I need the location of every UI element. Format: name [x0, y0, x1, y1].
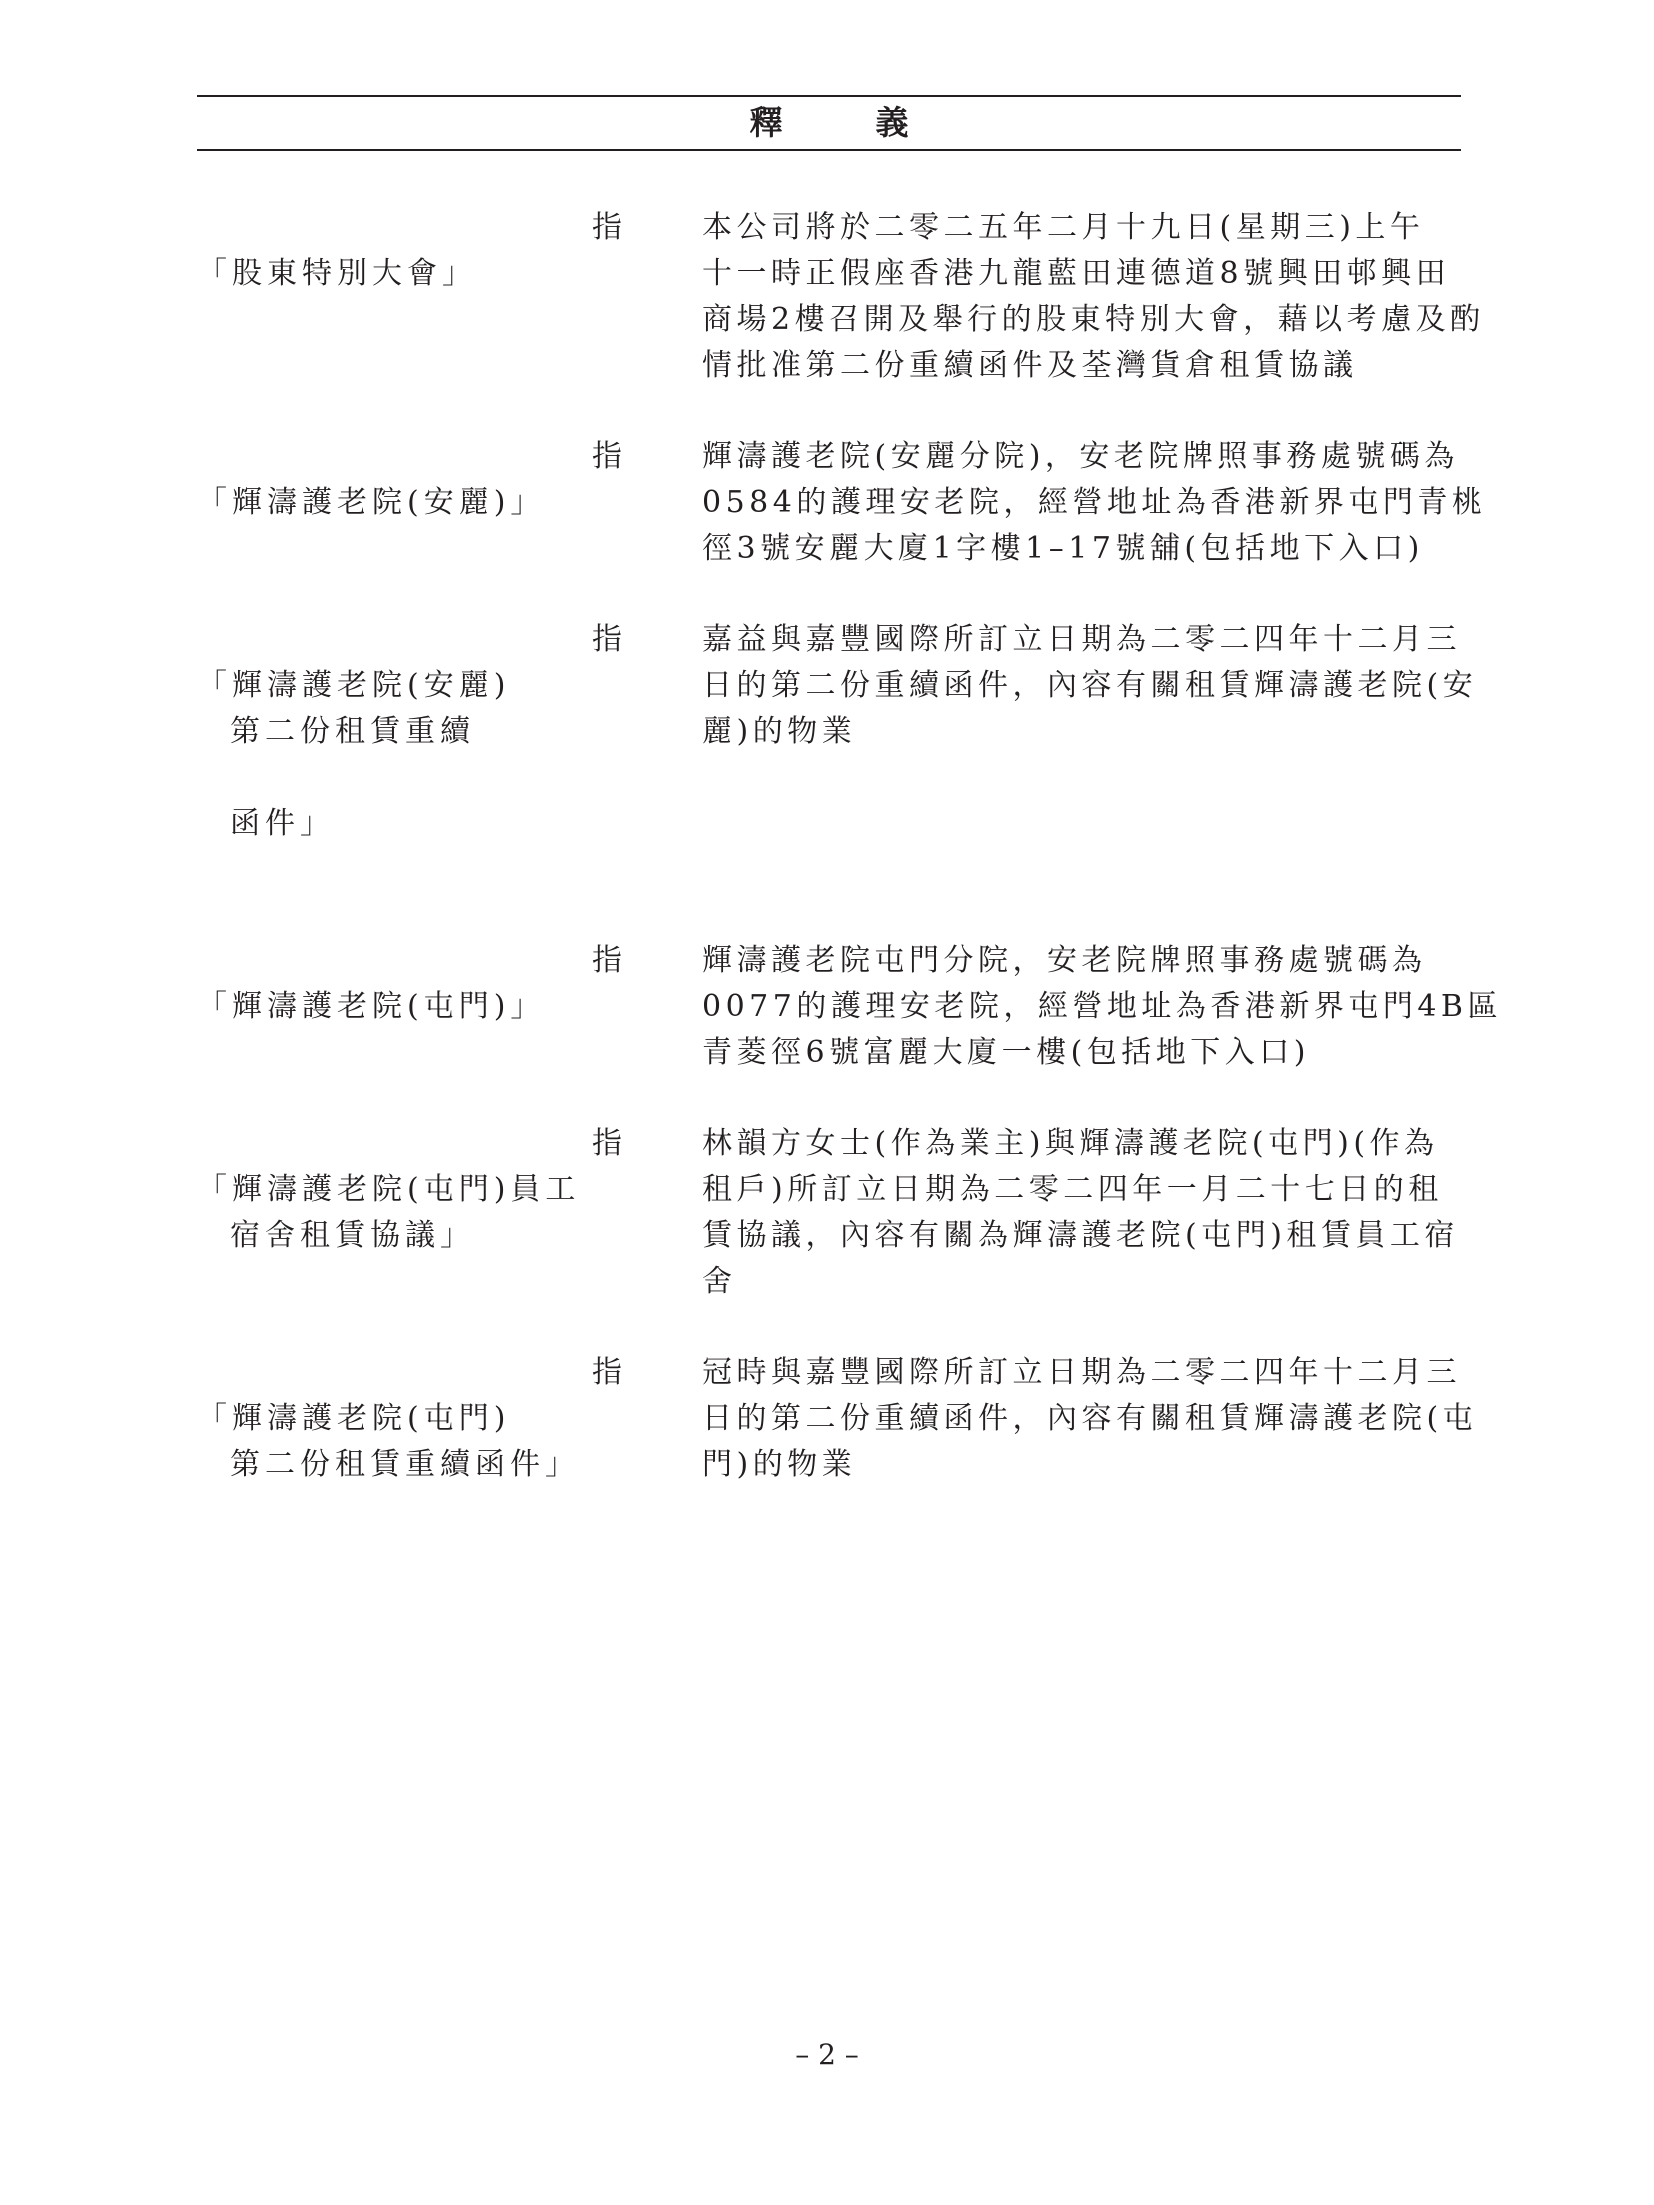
definition-term: 「輝濤護老院(屯門)」	[197, 938, 592, 1030]
definition-description: 輝濤護老院屯門分院，安老院牌照事務處號碼為 0077的護理安老院，經營地址為香港…	[702, 938, 1461, 1076]
definition-term: 「輝濤護老院(安麗)」	[197, 434, 592, 526]
description-line: 商場2樓召開及舉行的股東特別大會，藉以考慮及酌	[702, 297, 1461, 343]
description-line: 情批准第二份重續函件及荃灣貨倉租賃協議	[702, 343, 1461, 389]
definition-term: 「輝濤護老院(屯門) 第二份租賃重續函件」	[197, 1350, 592, 1534]
description-line: 輝濤護老院屯門分院，安老院牌照事務處號碼為	[702, 938, 1461, 984]
definition-description: 林韻方女士(作為業主)與輝濤護老院(屯門)(作為 租戶)所訂立日期為二零二四年一…	[702, 1121, 1461, 1305]
definition-description: 本公司將於二零二五年二月十九日(星期三)上午 十一時正假座香港九龍藍田連德道8號…	[702, 205, 1461, 389]
definition-description: 嘉益與嘉豐國際所訂立日期為二零二四年十二月三 日的第二份重續函件，內容有關租賃輝…	[702, 617, 1461, 755]
description-line: 冠時與嘉豐國際所訂立日期為二零二四年十二月三	[702, 1350, 1461, 1396]
term-line: 「輝濤護老院(屯門)」	[197, 989, 545, 1024]
term-line: 「輝濤護老院(安麗)	[197, 668, 510, 703]
description-line: 青菱徑6號富麗大廈一樓(包括地下入口)	[702, 1030, 1461, 1076]
definitions-list: 「股東特別大會」 指 本公司將於二零二五年二月十九日(星期三)上午 十一時正假座…	[197, 205, 1461, 1579]
means-label: 指	[592, 434, 702, 480]
term-line: 函件」	[197, 801, 592, 847]
description-line: 林韻方女士(作為業主)與輝濤護老院(屯門)(作為	[702, 1121, 1461, 1167]
definition-description: 冠時與嘉豐國際所訂立日期為二零二四年十二月三 日的第二份重續函件，內容有關租賃輝…	[702, 1350, 1461, 1488]
term-line: 「輝濤護老院(屯門)員工	[197, 1172, 580, 1207]
term-line: 「股東特別大會」	[197, 256, 477, 291]
description-line: 輝濤護老院(安麗分院)，安老院牌照事務處號碼為	[702, 434, 1461, 480]
description-line: 日的第二份重續函件，內容有關租賃輝濤護老院(安	[702, 663, 1461, 709]
definition-row: 「輝濤護老院(安麗)」 指 輝濤護老院(安麗分院)，安老院牌照事務處號碼為 05…	[197, 434, 1461, 572]
definition-term: 「輝濤護老院(屯門)員工 宿舍租賃協議」	[197, 1121, 592, 1305]
term-line: 第二份租賃重續	[197, 709, 592, 755]
term-line: 第二份租賃重續函件」	[197, 1442, 592, 1488]
description-line: 0077的護理安老院，經營地址為香港新界屯門4B區	[702, 984, 1461, 1030]
header-top-rule	[197, 95, 1461, 97]
term-line: 「輝濤護老院(安麗)」	[197, 485, 545, 520]
description-line: 賃協議，內容有關為輝濤護老院(屯門)租賃員工宿	[702, 1213, 1461, 1259]
document-page: 釋 義 「股東特別大會」 指 本公司將於二零二五年二月十九日(星期三)上午 十一…	[0, 0, 1654, 2205]
definition-term: 「輝濤護老院(安麗) 第二份租賃重續 函件」	[197, 617, 592, 893]
description-line: 門)的物業	[702, 1442, 1461, 1488]
page-number: – 2 –	[0, 2035, 1654, 2075]
means-label: 指	[592, 938, 702, 984]
definition-row: 「輝濤護老院(屯門)」 指 輝濤護老院屯門分院，安老院牌照事務處號碼為 0077…	[197, 938, 1461, 1076]
page-title: 釋 義	[197, 98, 1461, 148]
definition-row: 「輝濤護老院(屯門)員工 宿舍租賃協議」 指 林韻方女士(作為業主)與輝濤護老院…	[197, 1121, 1461, 1305]
description-line: 0584的護理安老院，經營地址為香港新界屯門青桃	[702, 480, 1461, 526]
description-line: 本公司將於二零二五年二月十九日(星期三)上午	[702, 205, 1461, 251]
header-bottom-rule	[197, 149, 1461, 151]
definition-row: 「輝濤護老院(屯門) 第二份租賃重續函件」 指 冠時與嘉豐國際所訂立日期為二零二…	[197, 1350, 1461, 1534]
description-line: 十一時正假座香港九龍藍田連德道8號興田邨興田	[702, 251, 1461, 297]
means-label: 指	[592, 617, 702, 663]
term-line: 「輝濤護老院(屯門)	[197, 1401, 510, 1436]
description-line: 徑3號安麗大廈1字樓1–17號舖(包括地下入口)	[702, 526, 1461, 572]
definition-row: 「輝濤護老院(安麗) 第二份租賃重續 函件」 指 嘉益與嘉豐國際所訂立日期為二零…	[197, 617, 1461, 893]
description-line: 租戶)所訂立日期為二零二四年一月二十七日的租	[702, 1167, 1461, 1213]
term-line: 宿舍租賃協議」	[197, 1213, 592, 1259]
definition-description: 輝濤護老院(安麗分院)，安老院牌照事務處號碼為 0584的護理安老院，經營地址為…	[702, 434, 1461, 572]
description-line: 嘉益與嘉豐國際所訂立日期為二零二四年十二月三	[702, 617, 1461, 663]
means-label: 指	[592, 1350, 702, 1396]
definition-term: 「股東特別大會」	[197, 205, 592, 297]
description-line: 麗)的物業	[702, 709, 1461, 755]
means-label: 指	[592, 205, 702, 251]
definition-row: 「股東特別大會」 指 本公司將於二零二五年二月十九日(星期三)上午 十一時正假座…	[197, 205, 1461, 389]
description-line: 舍	[702, 1259, 1461, 1305]
description-line: 日的第二份重續函件，內容有關租賃輝濤護老院(屯	[702, 1396, 1461, 1442]
means-label: 指	[592, 1121, 702, 1167]
